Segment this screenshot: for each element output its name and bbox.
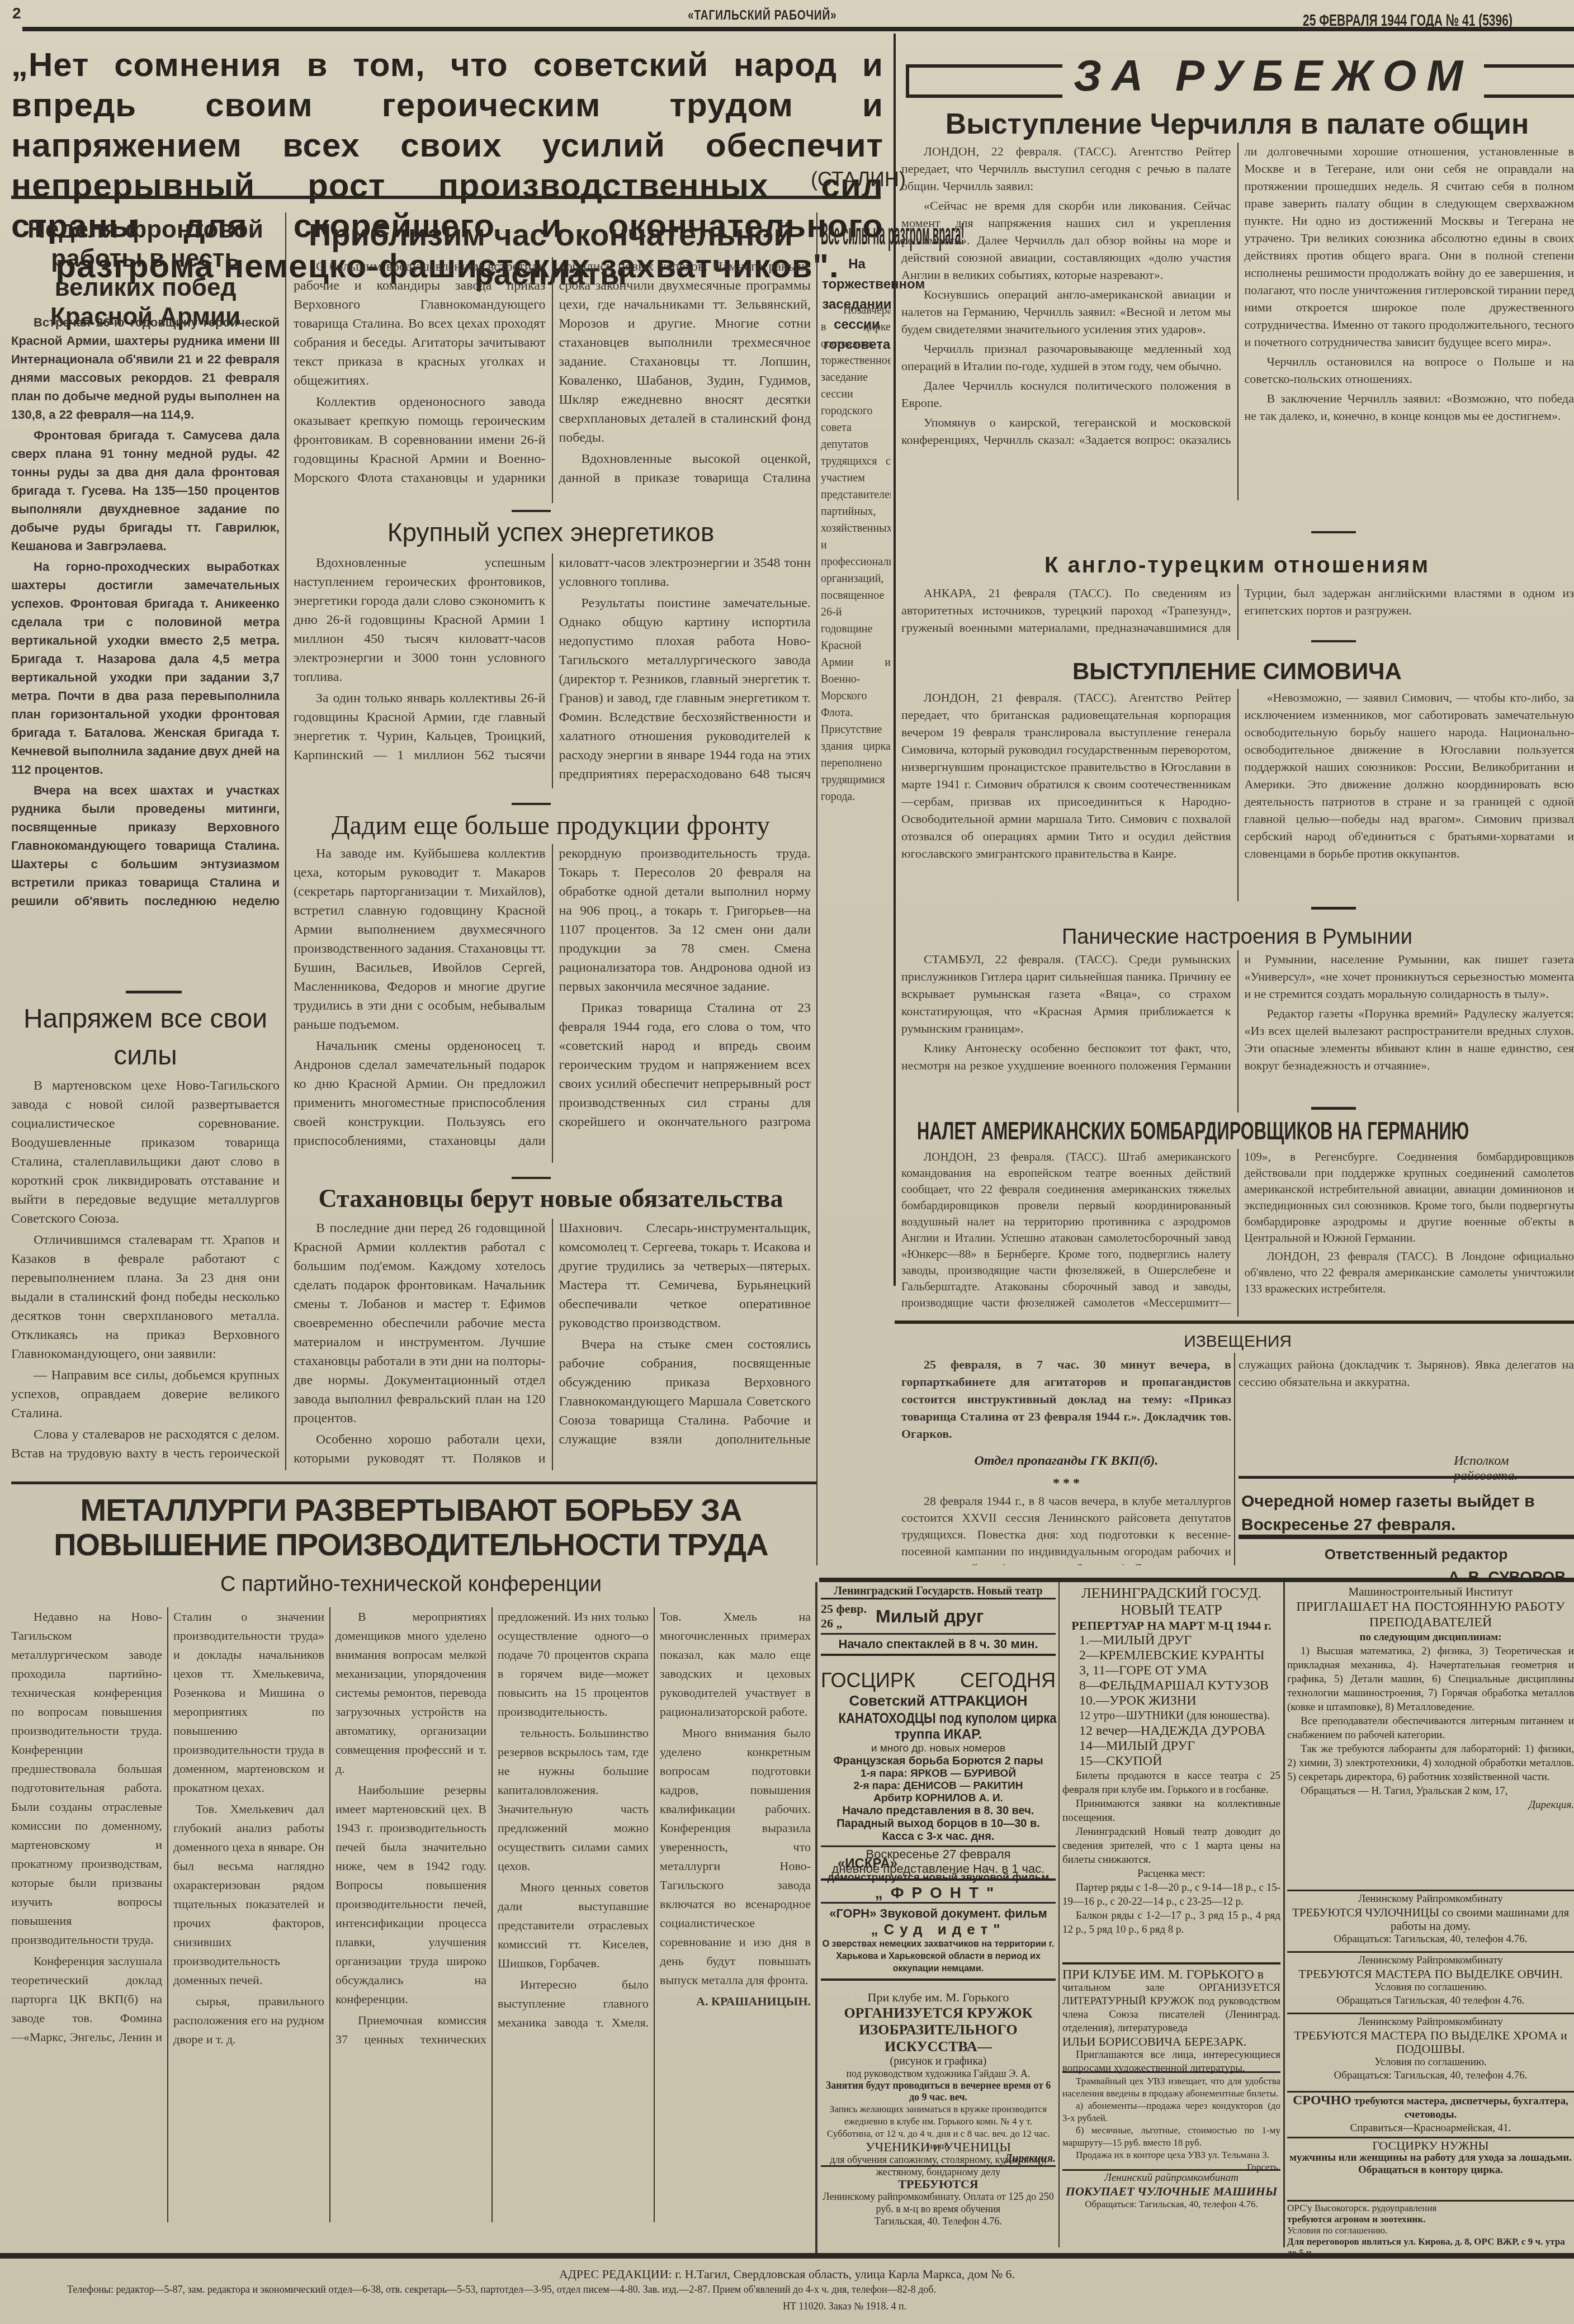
notice-2-signature: Исполком райсовета. bbox=[1454, 1454, 1574, 1484]
circus-right: СЕГОДНЯ bbox=[960, 1669, 1056, 1692]
column-divider bbox=[816, 212, 817, 1565]
strain-body: В мартеновском цехе Ново-Тагильского зав… bbox=[11, 1076, 280, 1468]
turkey-body: АНКАРА, 21 февраля (ТАСС). По сведениям … bbox=[901, 584, 1574, 640]
separator bbox=[1287, 1890, 1574, 1891]
page-number: 2 bbox=[12, 4, 21, 22]
newspaper-name: «ТАГИЛЬСКИЙ РАБОЧИЙ» bbox=[688, 8, 837, 23]
tram-line3: б) месячные, льготные, стоимостью по 1-м… bbox=[1062, 2124, 1280, 2149]
next-issue: Очередной номер газеты выйдет в Воскресе… bbox=[1241, 1490, 1574, 1537]
separator bbox=[1062, 2169, 1280, 2171]
separator bbox=[1287, 1951, 1574, 1953]
lit-name: ИЛЬИ БОРИСОВИЧА БЕРЕЗАРК. bbox=[1062, 2035, 1280, 2048]
stocking-workers-title: ТРЕБУЮТСЯ ЧУЛОЧНИЦЫ со своими машинами д… bbox=[1287, 1906, 1574, 1933]
circus-ad: ГОСЦИРКСЕГОДНЯ Советский АТТРАКЦИОН КАНА… bbox=[821, 1669, 1056, 1881]
urgent-line2: Справиться—Красноармейская, 41. bbox=[1287, 2122, 1574, 2135]
circus-jobs-title: ГОСЦИРКУ НУЖНЫ bbox=[1287, 2140, 1574, 2152]
ads-col-divider bbox=[1283, 1582, 1285, 2247]
circus-line8: Арбитр КОРНИЛОВ А. И. bbox=[821, 1792, 1056, 1805]
rep-prices2: Балкон ряды с 1-2—17 р., 3 ряд 15 р., 4 … bbox=[1062, 1909, 1280, 1937]
raid-title: НАЛЕТ АМЕРИКАНСКИХ БОМБАРДИРОВЩИКОВ НА Г… bbox=[917, 1117, 1469, 1146]
week-body: Встречая 26-ю годовщину героической Крас… bbox=[11, 313, 280, 911]
students-line1: для обучения сапожному, столярному, кузн… bbox=[821, 2153, 1056, 2178]
chrome-line3: Обращаться: Тагильская, 40, телефон 4.76… bbox=[1287, 2069, 1574, 2082]
rep-item: 2—КРЕМЛЕВСКИЕ КУРАНТЫ bbox=[1079, 1648, 1280, 1663]
chrome-line2: Условия по соглашению. bbox=[1287, 2056, 1574, 2069]
gorn-line1: Звуковой документ. фильм bbox=[880, 1906, 1047, 1920]
circus-line2: КАНАТОХОДЦЫ под куполом цирка bbox=[839, 1710, 1038, 1727]
institute-signature: Дирекция. bbox=[1287, 1798, 1574, 1812]
tram-ad: Трамвайный цех УВЗ извещает, что для удо… bbox=[1062, 2075, 1280, 2174]
circus-line6: 1-я пара: ЯРКОВ — БУРИВОЙ bbox=[821, 1768, 1056, 1780]
stockings-buy-line1: Ленинский райпромкомбинат bbox=[1062, 2172, 1280, 2184]
institute-line3: 1) Высшая математика, 2) физика, 3) Теор… bbox=[1287, 1644, 1574, 1714]
iskra-ad: «ИСКРА» демонстрируется новый звуковой ф… bbox=[821, 1856, 1056, 1904]
rep-item: 15—СКУПОЙ bbox=[1079, 1754, 1280, 1769]
art-circle-line2: (рисунок и графика) bbox=[821, 2055, 1056, 2068]
art-circle-line4: Занятия будут проводиться в вечернее вре… bbox=[821, 2080, 1056, 2103]
romania-body: СТАМБУЛ, 22 февраля. (ТАСС). Среди румын… bbox=[901, 950, 1574, 1113]
rep-title1: ЛЕНИНГРАДСКИЙ ГОСУД. bbox=[1062, 1585, 1280, 1602]
rep-text3: Ленинградский Новый театр доводит до све… bbox=[1062, 1825, 1280, 1867]
churchill-title: Выступление Черчилля в палате общин bbox=[900, 106, 1574, 142]
separator bbox=[1062, 2071, 1280, 2073]
circus-line3: труппа ИКАР. bbox=[821, 1727, 1056, 1743]
footer-phones: Телефоны: редактор—5-87, зам. редактора … bbox=[67, 2284, 1571, 2295]
abroad-bottom-rule bbox=[895, 1320, 1574, 1324]
separator bbox=[126, 991, 182, 993]
separator bbox=[1311, 907, 1356, 910]
rep-text2: Принимаются заявки на коллективные посещ… bbox=[1062, 1797, 1280, 1825]
rep-title3: РЕПЕРТУАР НА МАРТ М-Ц 1944 г. bbox=[1062, 1618, 1280, 1633]
separator bbox=[1311, 1107, 1356, 1110]
rep-prices1: Партер ряды с 1-8—20 р., с 9-14—18 р., с… bbox=[1062, 1881, 1280, 1909]
ors-line3: Условия по соглашению. bbox=[1287, 2225, 1574, 2236]
ors-line2: требуются агроном и зоотехник. bbox=[1287, 2214, 1574, 2225]
institute-line1: Машиностроительный Институт bbox=[1287, 1585, 1574, 1599]
art-circle-line1: При клубе им. М. Горького bbox=[821, 1990, 1056, 2005]
ads-divider bbox=[815, 1582, 817, 2253]
students-line2: Ленинскому райпромкомбинату. Оплата от 1… bbox=[821, 2190, 1056, 2215]
separator bbox=[1311, 531, 1356, 533]
circus-jobs-line2: Обращаться в контору цирка. bbox=[1287, 2164, 1574, 2176]
lit-title1: ПРИ КЛУБЕ ИМ. М. ГОРЬКОГО в bbox=[1062, 1968, 1280, 1981]
rep-item: 10.—УРОК ЖИЗНИ bbox=[1079, 1693, 1280, 1708]
art-circle-line3: под руководством художника Гайдаш Э. А. bbox=[821, 2068, 1056, 2080]
strain-title: Напряжем все свои силы bbox=[11, 1001, 280, 1075]
stakh-title: Стахановцы берут новые обязательства bbox=[291, 1181, 811, 1216]
urgent-ad: СРОЧНО требуются мастера, диспетчеры, бу… bbox=[1287, 2094, 1574, 2135]
metall-top-rule bbox=[11, 1482, 816, 1484]
circus-line7: 2-я пара: ДЕНИСОВ — РАКИТИН bbox=[821, 1780, 1056, 1792]
footer-print: НТ 11020. Заказ № 1918. 4 п. bbox=[783, 2301, 906, 2312]
chrome-title: ТРЕБУЮТСЯ МАСТЕРА ПО ВЫДЕЛКЕ ХРОМА и ПОД… bbox=[1287, 2029, 1574, 2056]
notices-title: ИЗВЕЩЕНИЯ bbox=[901, 1331, 1574, 1353]
separator bbox=[1287, 2091, 1574, 2093]
students-title2: ТРЕБУЮТСЯ bbox=[821, 2178, 1056, 2190]
more-body: На заводе им. Куйбышева коллектив цеха, … bbox=[294, 844, 811, 1163]
rep-item: 14—МИЛЫЙ ДРУГ bbox=[1079, 1739, 1280, 1754]
separator bbox=[1311, 640, 1356, 642]
circus-line4: и много др. новых номеров bbox=[821, 1743, 1056, 1755]
chrome-ad: Ленинскому Райпромкомбинату ТРЕБУЮТСЯ МА… bbox=[1287, 2015, 1574, 2082]
urgent-lead: СРОЧНО bbox=[1293, 2093, 1351, 2108]
iskra-title: «ИСКРА» bbox=[821, 1856, 1056, 1872]
rep-item: 12 вечер—НАДЕЖДА ДУРОВА bbox=[1079, 1724, 1280, 1739]
ads-top-rule bbox=[819, 1578, 1574, 1582]
sheepskin-line3: Обращаться Тагильская, 40 телефон 4.76. bbox=[1287, 1994, 1574, 2008]
stockings-buy-line2: Обращаться: Тагильская, 40, телефон 4.76… bbox=[1062, 2199, 1280, 2210]
metall-subtitle: С партийно-технической конференции bbox=[11, 1571, 811, 1598]
lit-line1: читальном зале ОРГАНИЗУЕТСЯ ЛИТЕРАТУРНЫЙ… bbox=[1062, 1981, 1280, 2035]
rep-title2: НОВЫЙ ТЕАТР bbox=[1062, 1602, 1280, 1618]
editor-label: Ответственный редактор bbox=[1258, 1546, 1574, 1563]
energy-title: Крупный успех энергетиков bbox=[291, 514, 811, 550]
separator bbox=[1239, 1476, 1574, 1479]
column-divider bbox=[285, 212, 286, 1470]
header-rule bbox=[22, 27, 1574, 31]
stockings-buy-title: ПОКУПАЕТ ЧУЛОЧНЫЕ МАШИНЫ bbox=[1062, 2184, 1280, 2199]
chrome-line1: Ленинскому Райпромкомбинату bbox=[1287, 2015, 1574, 2029]
simovich-body: ЛОНДОН, 21 февраля. (ТАСС). Агентство Ре… bbox=[901, 689, 1574, 901]
metall-body: Недавно на Ново-Тагильском металлургичес… bbox=[11, 1607, 811, 2222]
separator bbox=[512, 803, 551, 805]
tram-line1: Трамвайный цех УВЗ извещает, что для удо… bbox=[1062, 2075, 1280, 2100]
circus-line5: Французская борьба Борются 2 пары bbox=[821, 1755, 1056, 1768]
sheepskin-line2: Условия по соглашению. bbox=[1287, 1981, 1574, 1994]
hour-body: С большим воодушевлением встретили рабоч… bbox=[294, 257, 811, 503]
gorn-name: «ГОРН» bbox=[829, 1906, 876, 1920]
theatre-top-start: Начало спектаклей в 8 ч. 30 мин. bbox=[821, 1635, 1056, 1656]
energy-body: Вдохновленные успешным наступлением геро… bbox=[294, 553, 811, 788]
ads-col-divider bbox=[1058, 1582, 1060, 2247]
separator bbox=[512, 510, 551, 512]
raid-body: ЛОНДОН, 23 февраля. (ТАСС). Штаб америка… bbox=[901, 1149, 1574, 1317]
tram-line4: Продажа их в конторе цеха УВЗ ул. Тельма… bbox=[1062, 2149, 1280, 2161]
more-title: Дадим еще больше продукции фронту bbox=[291, 808, 811, 844]
theatre-repertoire-ad: ЛЕНИНГРАДСКИЙ ГОСУД. НОВЫЙ ТЕАТР РЕПЕРТУ… bbox=[1062, 1585, 1280, 1937]
footer-rule bbox=[0, 2253, 1574, 2259]
students-ad: УЧЕНИКИ и УЧЕНИЦЫ для обучения сапожному… bbox=[821, 2141, 1056, 2227]
ors-ad: ОРС'у Высокогорск. рудоуправления требую… bbox=[1287, 2203, 1574, 2259]
circus-line11: Касса с 3-х час. дня. bbox=[821, 1830, 1056, 1847]
column-divider bbox=[1234, 1353, 1235, 1565]
circus-jobs-line1: мужчины или женщины на работу для ухода … bbox=[1287, 2152, 1574, 2164]
students-title: УЧЕНИКИ и УЧЕНИЦЫ bbox=[821, 2141, 1056, 2153]
stalin-quote-author: (СТАЛИН) bbox=[811, 168, 906, 191]
all-forces-body: Позавчера в цирке состоялось торжественн… bbox=[821, 302, 891, 1504]
theatre-top-dates: 25 февр. 26 „ bbox=[821, 1602, 867, 1631]
separator bbox=[512, 1177, 551, 1179]
sheepskin-title: ТРЕБУЮТСЯ МАСТЕРА ПО ВЫДЕЛКЕ ОВЧИН. bbox=[1287, 1967, 1574, 1981]
stocking-workers-ad: Ленинскому Райпромкомбинату ТРЕБУЮТСЯ ЧУ… bbox=[1287, 1892, 1574, 1946]
iskra-film: „ФРОНТ" bbox=[821, 1884, 1056, 1904]
gorn-line2: О зверствах немецких захватчиков на терр… bbox=[821, 1938, 1056, 1981]
circus-line9: Начало представления в 8. 30 веч. bbox=[821, 1805, 1056, 1817]
tram-line2: а) абонементы—продажа через кондукторов … bbox=[1062, 2100, 1280, 2124]
footer-address: АДРЕС РЕДАКЦИИ: г. Н.Тагил, Свердловская… bbox=[0, 2267, 1574, 2282]
stockings-buy-ad: Ленинский райпромкомбинат ПОКУПАЕТ ЧУЛОЧ… bbox=[1062, 2172, 1280, 2210]
rep-text1: Билеты продаются в кассе театра с 25 фев… bbox=[1062, 1769, 1280, 1797]
circus-left: ГОСЦИРК bbox=[821, 1669, 915, 1692]
theatre-top-play: Милый друг bbox=[876, 1606, 984, 1627]
institute-line5: Так же требуются лаборанты для лаборатор… bbox=[1287, 1742, 1574, 1784]
separator bbox=[1239, 1535, 1574, 1539]
editor-name: А. В. СУВОРОВ bbox=[1448, 1568, 1566, 1586]
institute-ad: Машиностроительный Институт ПРИГЛАШАЕТ Н… bbox=[1287, 1585, 1574, 1812]
churchill-body: ЛОНДОН, 22 февраля. (ТАСС). Агентство Ре… bbox=[901, 143, 1574, 500]
rep-prices-title: Расценка мест: bbox=[1062, 1867, 1280, 1881]
circus-line1: Советский АТТРАКЦИОН bbox=[821, 1692, 1056, 1710]
circus-line10: Парадный выход борцов в 10—30 в. bbox=[821, 1817, 1056, 1830]
quote-rule bbox=[11, 196, 881, 199]
urgent-text: требуются мастера, диспетчеры, бухгалтер… bbox=[1354, 2095, 1568, 2121]
sheepskin-ad: Ленинскому Райпромкомбинату ТРЕБУЮТСЯ МА… bbox=[1287, 1954, 1574, 2008]
separator bbox=[1287, 2200, 1574, 2202]
students-line3: Тагильская, 40. Телефон 4.76. bbox=[821, 2215, 1056, 2227]
separator bbox=[1287, 2013, 1574, 2014]
simovich-title: ВЫСТУПЛЕНИЕ СИМОВИЧА bbox=[900, 657, 1574, 686]
art-circle-title: ОРГАНИЗУЕТСЯ КРУЖОК ИЗОБРАЗИТЕЛЬНОГО ИСК… bbox=[821, 2005, 1056, 2055]
stocking-workers-line1: Ленинскому Райпромкомбинату bbox=[1287, 1892, 1574, 1906]
rep-item: 1.—МИЛЫЙ ДРУГ bbox=[1079, 1633, 1280, 1648]
ors-line1: ОРС'у Высокогорск. рудоуправления bbox=[1287, 2203, 1574, 2214]
rep-item: 12 утро—ШУТНИКИ (для юношества). bbox=[1079, 1708, 1280, 1724]
notice-2: 28 февраля 1944 г., в 8 часов вечера, в … bbox=[901, 1493, 1231, 1565]
institute-line2: по следующим дисциплинам: bbox=[1287, 1630, 1574, 1644]
stocking-workers-line2: Обращаться: Тагильская, 40, телефон 4.76… bbox=[1287, 1933, 1574, 1946]
iskra-line1: демонстрируется новый звуковой фильм bbox=[821, 1872, 1056, 1884]
gorn-ad: «ГОРН» Звуковой документ. фильм „Суд иде… bbox=[821, 1906, 1056, 1981]
notice-1: 25 февраля, в 7 час. 30 минут вечера, в … bbox=[901, 1356, 1231, 1451]
notice-stars: * * * bbox=[901, 1476, 1231, 1491]
theatre-top-header: Ленинградский Государств. Новый театр bbox=[821, 1585, 1056, 1599]
rep-item: 8—ФЕЛЬДМАРШАЛ КУТУЗОВ bbox=[1079, 1678, 1280, 1693]
lit-circle-ad: ПРИ КЛУБЕ ИМ. М. ГОРЬКОГО в читальном за… bbox=[1062, 1968, 1280, 2075]
rep-item: 3, 11—ГОРЕ ОТ УМА bbox=[1079, 1663, 1280, 1678]
sheepskin-line1: Ленинскому Райпромкомбинату bbox=[1287, 1954, 1574, 1967]
circus-jobs-ad: ГОСЦИРКУ НУЖНЫ мужчины или женщины на ра… bbox=[1287, 2140, 1574, 2176]
institute-title: ПРИГЛАШАЕТ НА ПОСТОЯННУЮ РАБОТУ ПРЕПОДАВ… bbox=[1287, 1599, 1574, 1630]
abroad-section-title: ЗА РУБЕЖОМ bbox=[1062, 50, 1484, 101]
romania-title: Панические настроения в Румынии bbox=[900, 922, 1574, 952]
turkey-title: К англо-турецким отношениям bbox=[900, 551, 1574, 580]
notice-1-signature: Отдел пропаганды ГК ВКП(б). bbox=[901, 1454, 1231, 1469]
separator bbox=[1062, 1962, 1280, 1965]
metall-title: МЕТАЛЛУРГИ РАЗВЕРТЫВАЮТ БОРЬБУ ЗА ПОВЫШЕ… bbox=[11, 1493, 811, 1562]
institute-line6: Обращаться — Н. Тагил, Уральская 2 ком, … bbox=[1287, 1784, 1574, 1798]
gorn-film: „Суд идет" bbox=[821, 1921, 1056, 1938]
notice-2-cont: служащих района (докладчик т. Зырянов). … bbox=[1239, 1356, 1574, 1445]
theatre-top-ad: Ленинградский Государств. Новый театр 25… bbox=[821, 1585, 1056, 1656]
stakh-body: В последние дни перед 26 годовщиной Крас… bbox=[294, 1219, 811, 1470]
institute-line4: Все преподаватели обеспечиваются литерны… bbox=[1287, 1714, 1574, 1742]
